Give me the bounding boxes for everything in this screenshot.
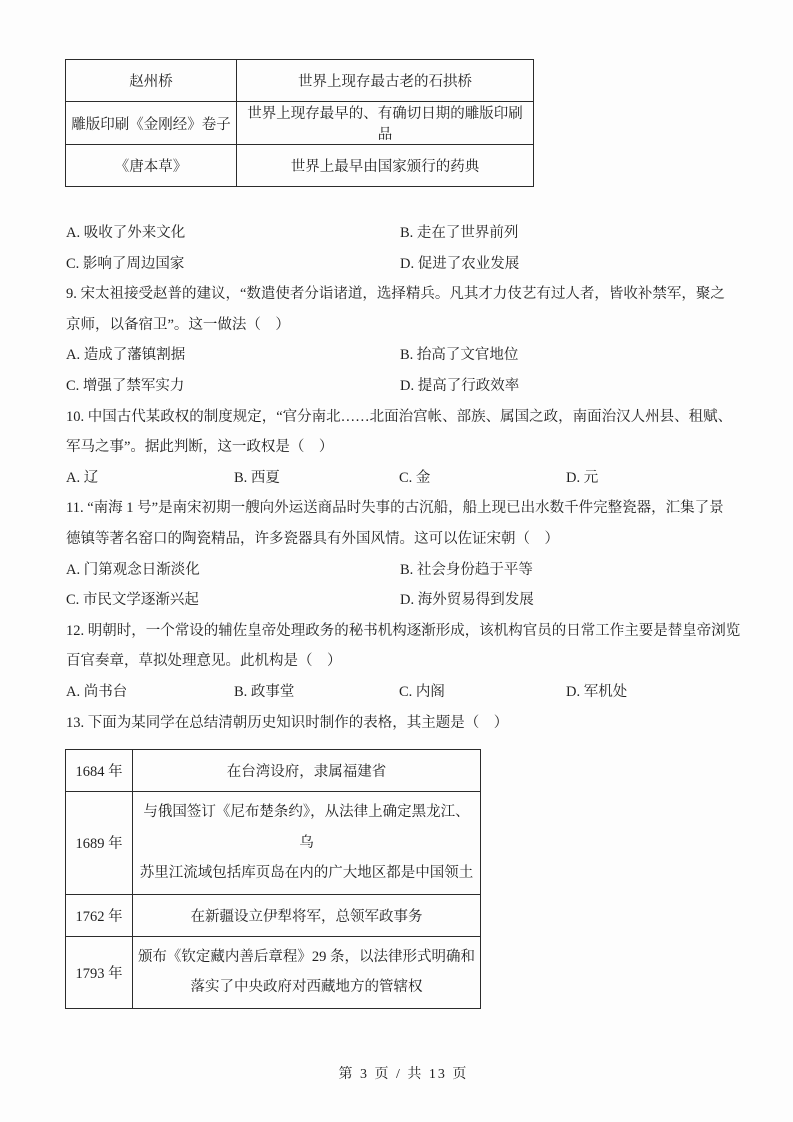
table-row: 1689 年 与俄国签订《尼布楚条约》，从法律上确定黑龙江、乌 苏里江流域包括库… xyxy=(66,792,481,895)
q12-stem-line-2: 百官奏章，草拟处理意见。此机构是（ ） xyxy=(66,646,741,677)
q12-option-a: A. 尚书台 xyxy=(66,677,234,708)
tang-achievements-table: 赵州桥 世界上现存最古老的石拱桥 雕版印刷《金刚经》卷子 世界上现存最早的、有确… xyxy=(65,59,534,187)
table-cell-year: 1762 年 xyxy=(66,894,133,936)
table-row: 赵州桥 世界上现存最古老的石拱桥 xyxy=(66,60,534,102)
question-flow: A. 吸收了外来文化 B. 走在了世界前列 C. 影响了周边国家 D. 促进了农… xyxy=(66,218,741,738)
q12-option-b: B. 政事堂 xyxy=(234,677,399,708)
table-row: 1684 年 在台湾设府，隶属福建省 xyxy=(66,750,481,792)
q10-stem-line-1: 10. 中国古代某政权的制度规定，“官分南北……北面治宫帐、部族、属国之政，南面… xyxy=(66,402,741,433)
q11-options-row-1: A. 门第观念日渐淡化 B. 社会身份趋于平等 xyxy=(66,555,741,586)
q8-options-row-2: C. 影响了周边国家 D. 促进了农业发展 xyxy=(66,249,741,280)
q8-option-c: C. 影响了周边国家 xyxy=(66,249,400,280)
page-number: 第 3 页 / 共 13 页 xyxy=(66,1065,741,1085)
q12-options-row: A. 尚书台 B. 政事堂 C. 内阁 D. 军机处 xyxy=(66,677,741,708)
table-row: 1793 年 颁布《钦定藏内善后章程》29 条，以法律形式明确和 落实了中央政府… xyxy=(66,936,481,1008)
q8-options-row-1: A. 吸收了外来文化 B. 走在了世界前列 xyxy=(66,218,741,249)
table-cell-item: 《唐本草》 xyxy=(66,145,237,187)
table-cell-event: 颁布《钦定藏内善后章程》29 条，以法律形式明确和 落实了中央政府对西藏地方的管… xyxy=(133,936,481,1008)
q9-option-d: D. 提高了行政效率 xyxy=(400,371,741,402)
table-row: 1762 年 在新疆设立伊犁将军，总领军政事务 xyxy=(66,894,481,936)
q10-option-b: B. 西夏 xyxy=(234,463,399,494)
table-cell-event: 在台湾设府，隶属福建省 xyxy=(133,750,481,792)
q12-stem-line-1: 12. 明朝时，一个常设的辅佐皇帝处理政务的秘书机构逐渐形成，该机构官员的日常工… xyxy=(66,616,741,647)
table-cell-event: 与俄国签订《尼布楚条约》，从法律上确定黑龙江、乌 苏里江流域包括库页岛在内的广大… xyxy=(133,792,481,895)
table-cell-year: 1793 年 xyxy=(66,936,133,1008)
table-row: 《唐本草》 世界上最早由国家颁行的药典 xyxy=(66,145,534,187)
q9-stem-line-2: 京师，以备宿卫”。这一做法（ ） xyxy=(66,310,741,341)
q10-stem-line-2: 军马之事”。据此判断，这一政权是（ ） xyxy=(66,432,741,463)
event-line: 颁布《钦定藏内善后章程》29 条，以法律形式明确和 xyxy=(137,942,476,973)
q11-stem-line-2: 德镇等著名窑口的陶瓷精品，许多瓷器具有外国风情。这可以佐证宋朝（ ） xyxy=(66,524,741,555)
exam-page: 赵州桥 世界上现存最古老的石拱桥 雕版印刷《金刚经》卷子 世界上现存最早的、有确… xyxy=(0,0,793,1122)
q11-stem-line-1: 11. “南海 1 号”是南宋初期一艘向外运送商品时失事的古沉船，船上现已出水数… xyxy=(66,493,741,524)
q8-option-b: B. 走在了世界前列 xyxy=(400,218,741,249)
table-row: 雕版印刷《金刚经》卷子 世界上现存最早的、有确切日期的雕版印刷品 xyxy=(66,102,534,145)
q12-option-c: C. 内阁 xyxy=(399,677,566,708)
qing-chronology-table: 1684 年 在台湾设府，隶属福建省 1689 年 与俄国签订《尼布楚条约》，从… xyxy=(65,749,481,1009)
q11-option-b: B. 社会身份趋于平等 xyxy=(400,555,741,586)
q9-options-row-2: C. 增强了禁军实力 D. 提高了行政效率 xyxy=(66,371,741,402)
event-line: 与俄国签订《尼布楚条约》，从法律上确定黑龙江、乌 xyxy=(137,797,476,858)
table-cell-desc: 世界上现存最早的、有确切日期的雕版印刷品 xyxy=(237,102,534,145)
q11-option-d: D. 海外贸易得到发展 xyxy=(400,585,741,616)
q9-option-b: B. 抬高了文官地位 xyxy=(400,340,741,371)
q9-option-c: C. 增强了禁军实力 xyxy=(66,371,400,402)
q12-option-d: D. 军机处 xyxy=(566,677,741,708)
event-line: 苏里江流域包括库页岛在内的广大地区都是中国领土 xyxy=(137,858,476,889)
q8-option-d: D. 促进了农业发展 xyxy=(400,249,741,280)
q10-option-d: D. 元 xyxy=(566,463,741,494)
q9-options-row-1: A. 造成了藩镇割据 B. 抬高了文官地位 xyxy=(66,340,741,371)
q10-options-row: A. 辽 B. 西夏 C. 金 D. 元 xyxy=(66,463,741,494)
q9-option-a: A. 造成了藩镇割据 xyxy=(66,340,400,371)
table-cell-year: 1684 年 xyxy=(66,750,133,792)
q10-option-c: C. 金 xyxy=(399,463,566,494)
q11-option-a: A. 门第观念日渐淡化 xyxy=(66,555,400,586)
table-cell-item: 赵州桥 xyxy=(66,60,237,102)
table-cell-year: 1689 年 xyxy=(66,792,133,895)
q13-stem-line-1: 13. 下面为某同学在总结清朝历史知识时制作的表格，其主题是（ ） xyxy=(66,708,741,739)
q9-stem-line-1: 9. 宋太祖接受赵普的建议，“数遣使者分诣诸道，选择精兵。凡其才力伎艺有过人者，… xyxy=(66,279,741,310)
table-cell-event: 在新疆设立伊犁将军，总领军政事务 xyxy=(133,894,481,936)
table-cell-desc: 世界上现存最古老的石拱桥 xyxy=(237,60,534,102)
event-line: 落实了中央政府对西藏地方的管辖权 xyxy=(137,972,476,1003)
q11-options-row-2: C. 市民文学逐渐兴起 D. 海外贸易得到发展 xyxy=(66,585,741,616)
table-cell-item: 雕版印刷《金刚经》卷子 xyxy=(66,102,237,145)
q11-option-c: C. 市民文学逐渐兴起 xyxy=(66,585,400,616)
q8-option-a: A. 吸收了外来文化 xyxy=(66,218,400,249)
table-cell-desc: 世界上最早由国家颁行的药典 xyxy=(237,145,534,187)
q10-option-a: A. 辽 xyxy=(66,463,234,494)
